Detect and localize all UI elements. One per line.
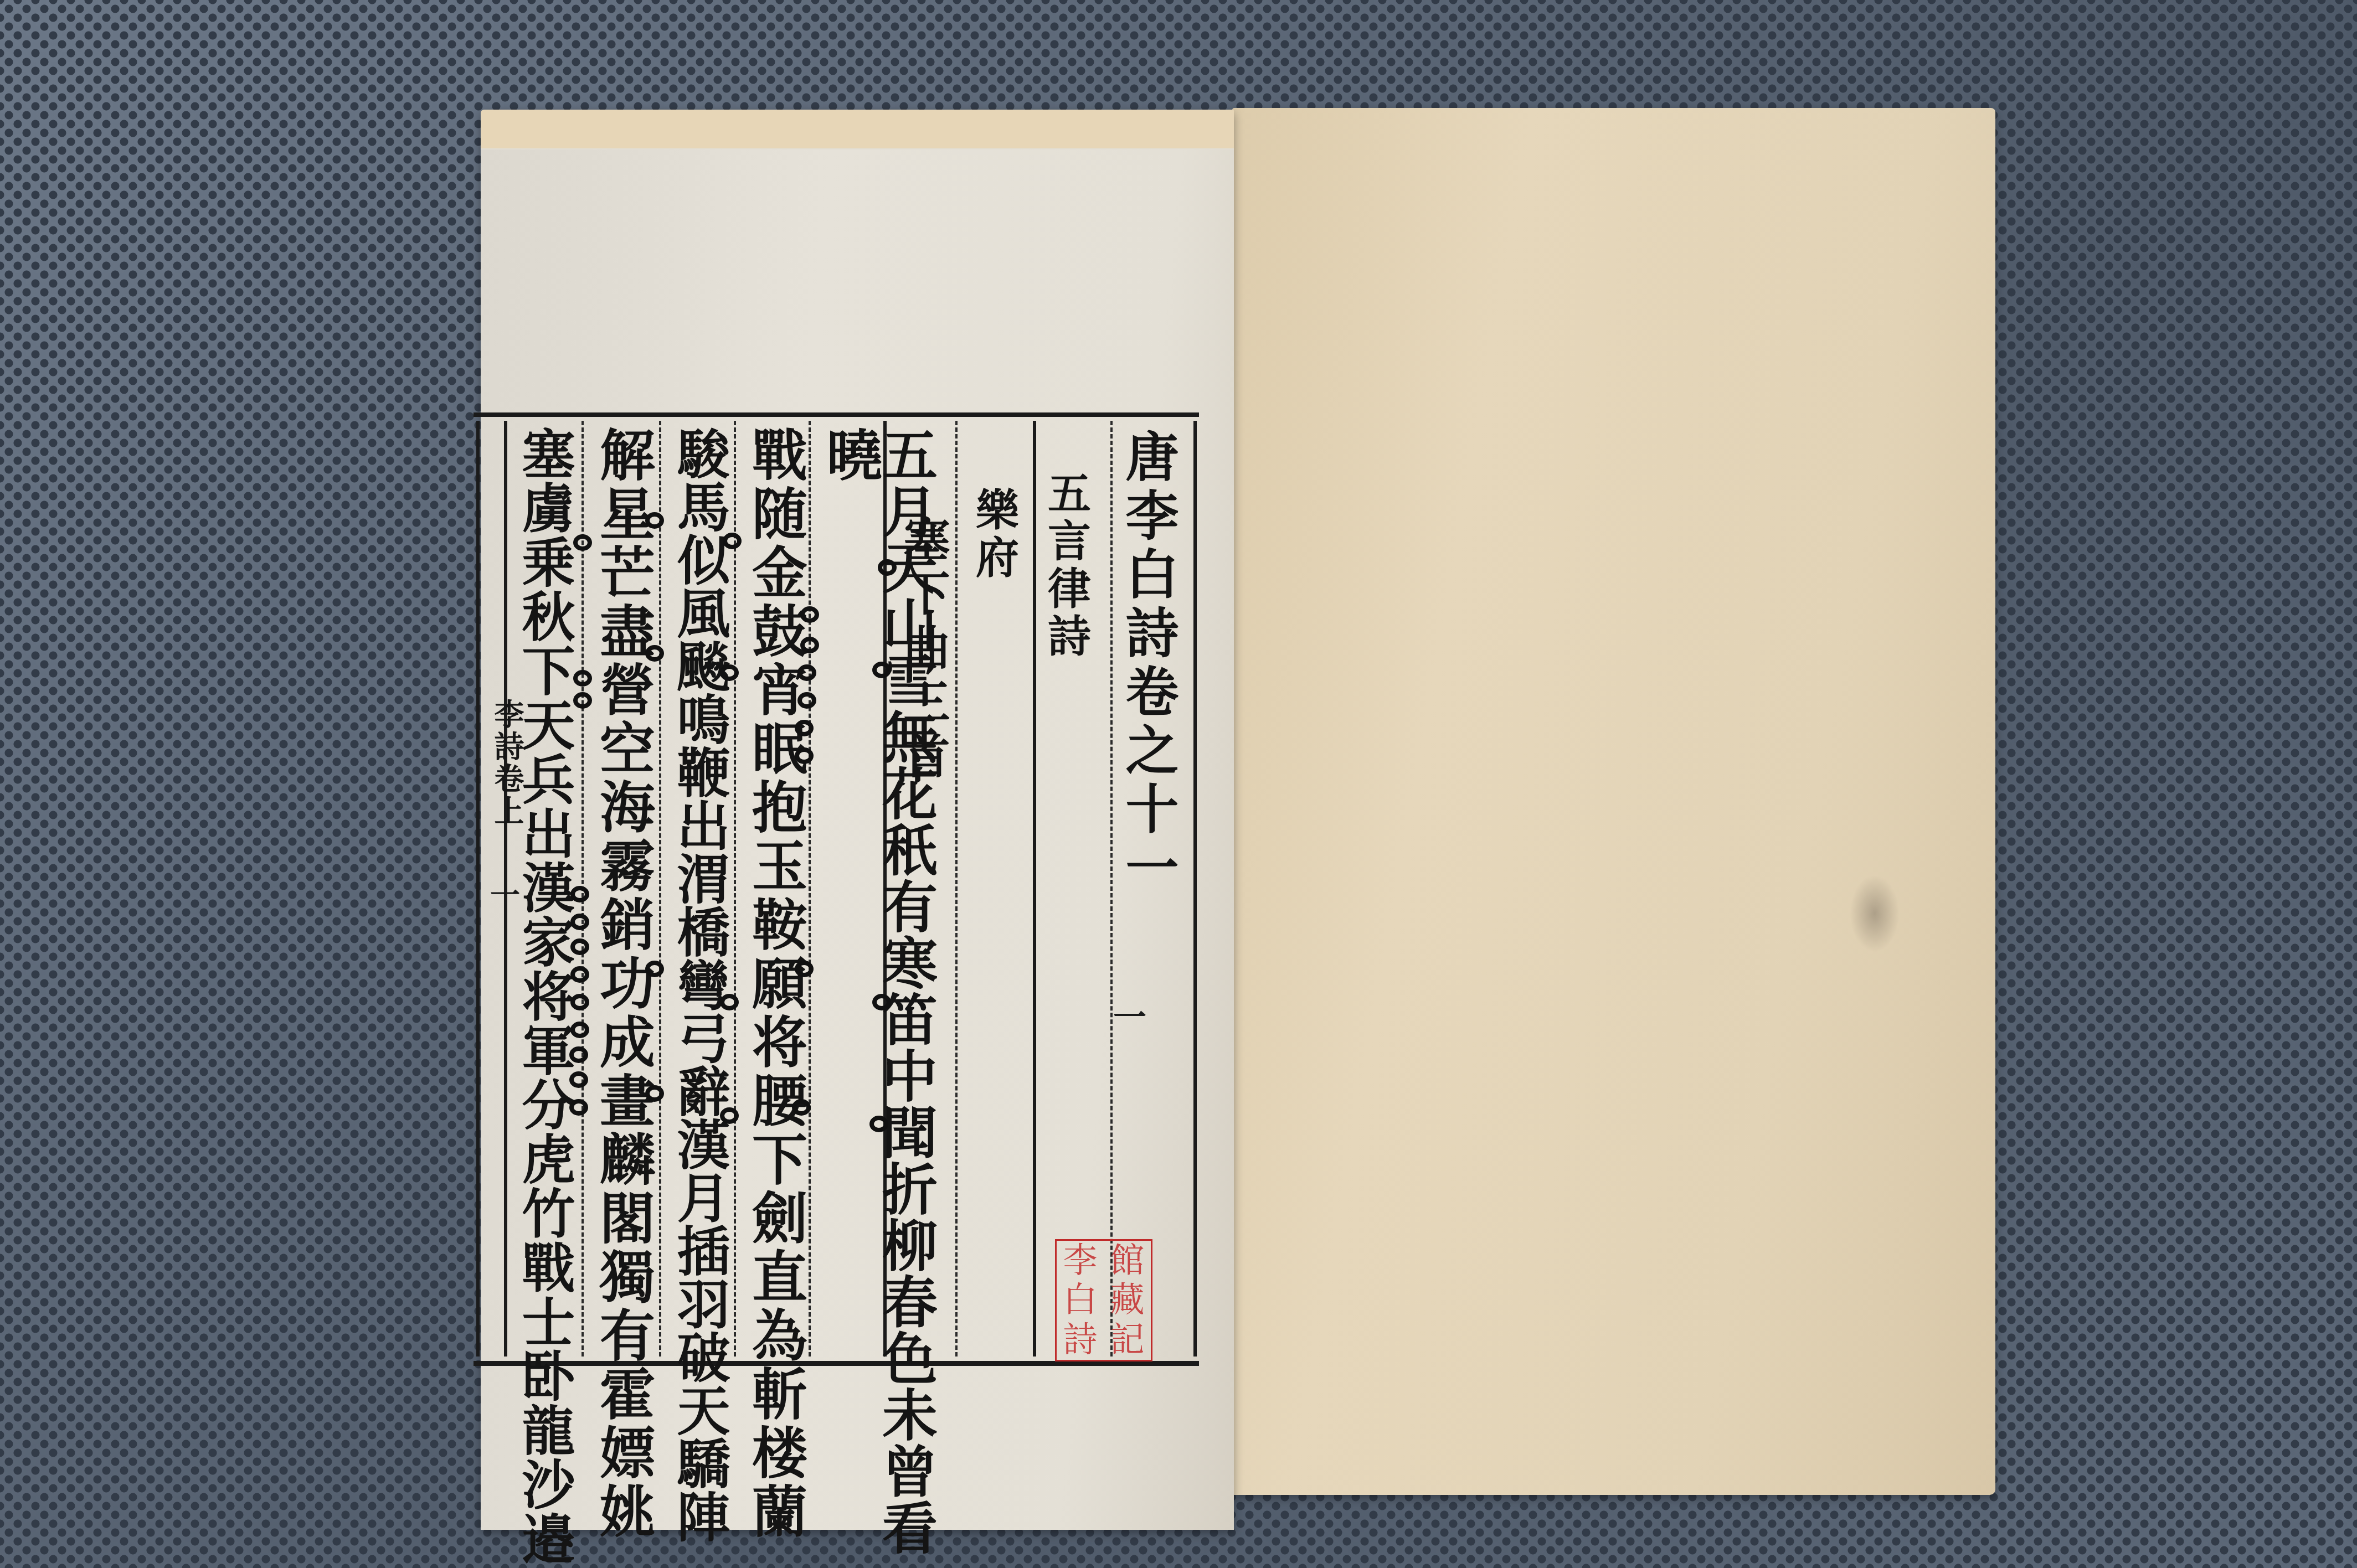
punctuation-circle: [645, 645, 664, 662]
column-divider: [659, 421, 661, 1356]
punctuation-circle: [795, 961, 814, 977]
punctuation-circle: [869, 1116, 888, 1132]
frame-left-border: [476, 421, 480, 1356]
block-center-label: 李詩卷上: [486, 699, 529, 827]
seal-char: 館: [1110, 1244, 1144, 1278]
punctuation-circle: [645, 961, 664, 977]
poem-column-2: 戰随金鼓宵眠抱玉鞍願将腰下劍直為斬楼蘭: [748, 426, 803, 1541]
punctuation-circle: [573, 670, 592, 687]
punctuation-circle: [570, 1022, 589, 1038]
punctuation-circle: [570, 938, 589, 955]
seal-char: 白: [1063, 1283, 1097, 1317]
category-label: 樂府: [972, 487, 1015, 582]
seal-char: 藏: [1110, 1283, 1144, 1317]
punctuation-circle: [570, 914, 589, 930]
punctuation-circle: [570, 886, 589, 902]
punctuation-circle: [792, 1099, 811, 1116]
punctuation-circle: [797, 692, 816, 709]
punctuation-circle: [795, 747, 814, 764]
punctuation-circle: [573, 534, 592, 551]
seal-char: 記: [1110, 1323, 1144, 1357]
seal-char: 李: [1063, 1244, 1097, 1278]
punctuation-circle: [570, 966, 589, 983]
punctuation-circle: [795, 720, 814, 736]
column-divider: [955, 421, 958, 1356]
punctuation-circle: [872, 662, 891, 678]
punctuation-circle: [723, 533, 742, 549]
punctuation-circle: [570, 994, 589, 1010]
punctuation-circle: [720, 664, 739, 681]
frame-right-border: [1193, 421, 1197, 1356]
punctuation-circle: [797, 664, 816, 681]
punctuation-circle: [720, 994, 739, 1010]
column-divider: [1033, 421, 1036, 1356]
right-page-leaf: [1232, 108, 1995, 1495]
poem-column-5: 塞虜乗秋下天兵出漢家将軍分虎竹戰士卧龍沙邉: [518, 426, 571, 1566]
punctuation-circle: [573, 692, 592, 709]
poem-column-4: 解星芒盡營空海霧銷功成畫麟閣獨有霍嫖姚: [595, 426, 651, 1541]
poem-column-3: 駿馬似風飈鳴鞭出渭橋彎弓辭漢月插羽破天驕陣: [673, 426, 726, 1543]
ink-smudge: [1850, 875, 1900, 952]
punctuation-circle: [569, 1099, 588, 1116]
seal-char: 詩: [1063, 1323, 1097, 1357]
book-title: 唐李白詩卷之十一: [1121, 429, 1175, 899]
section-heading: 五言律詩: [1044, 471, 1087, 661]
punctuation-circle: [569, 1071, 588, 1088]
column-divider: [1110, 421, 1113, 1356]
collector-seal: 李 館 白 藏 詩 記: [1055, 1239, 1152, 1361]
punctuation-circle: [645, 512, 664, 529]
punctuation-circle: [872, 994, 891, 1010]
punctuation-circle: [800, 606, 819, 623]
punctuation-circle: [800, 637, 819, 653]
column-divider: [809, 421, 811, 1356]
page-number: 一: [1113, 991, 1146, 1039]
punctuation-circle: [569, 1046, 588, 1063]
punctuation-circle: [878, 559, 897, 576]
block-center-page: 一: [490, 872, 520, 915]
column-divider: [734, 421, 736, 1356]
punctuation-circle: [720, 1107, 739, 1124]
punctuation-circle: [645, 1085, 664, 1102]
